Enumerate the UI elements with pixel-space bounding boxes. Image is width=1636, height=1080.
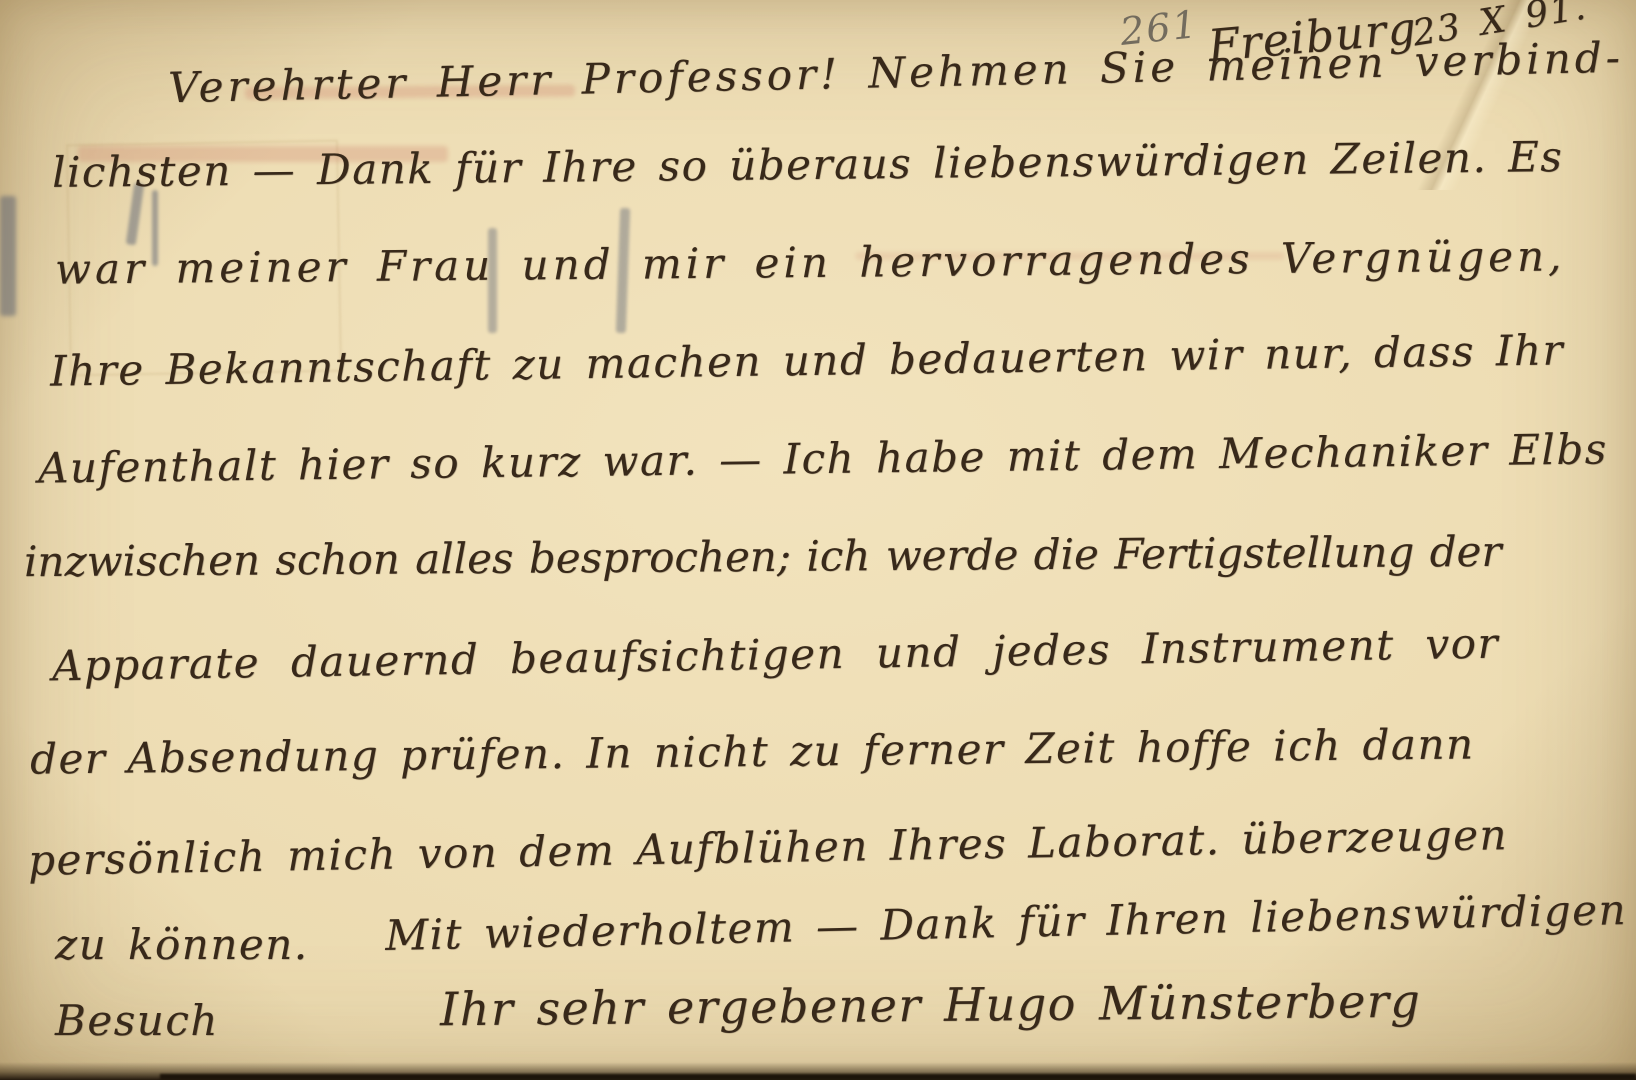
letter-line: Apparate dauernd beaufsichtigen und jede… bbox=[52, 619, 1500, 691]
letter-line: Verehrter Herr Professor! Nehmen Sie mei… bbox=[168, 33, 1625, 112]
card-edge-shadow bbox=[160, 1074, 1636, 1080]
letter-line: Aufenthalt hier so kurz war. — Ich habe … bbox=[38, 424, 1608, 492]
postcard: 261 Freiburg 23 X 91. Verehrter Herr Pro… bbox=[0, 0, 1636, 1080]
letter-line: der Absendung prüfen. In nicht zu ferner… bbox=[30, 719, 1475, 783]
letter-line: Mit wiederholtem — Dank für Ihren lieben… bbox=[385, 885, 1628, 960]
blue-ink-smudge bbox=[0, 196, 16, 316]
letter-line: war meiner Frau und mir ein hervorragend… bbox=[55, 231, 1566, 293]
letter-line: inzwischen schon alles besprochen; ich w… bbox=[24, 527, 1502, 586]
letter-line: Ihre Bekanntschaft zu machen und bedauer… bbox=[50, 325, 1565, 395]
letter-line: zu können. bbox=[55, 920, 309, 969]
card-bottom-edge bbox=[0, 1062, 1636, 1080]
signature-line: Ihr sehr ergebener Hugo Münsterberg bbox=[440, 974, 1422, 1037]
letter-line: persönlich mich von dem Aufblühen Ihres … bbox=[28, 810, 1509, 885]
letter-line: Besuch bbox=[55, 996, 219, 1045]
letter-line: lichsten — Dank für Ihre so überaus lieb… bbox=[52, 132, 1564, 197]
